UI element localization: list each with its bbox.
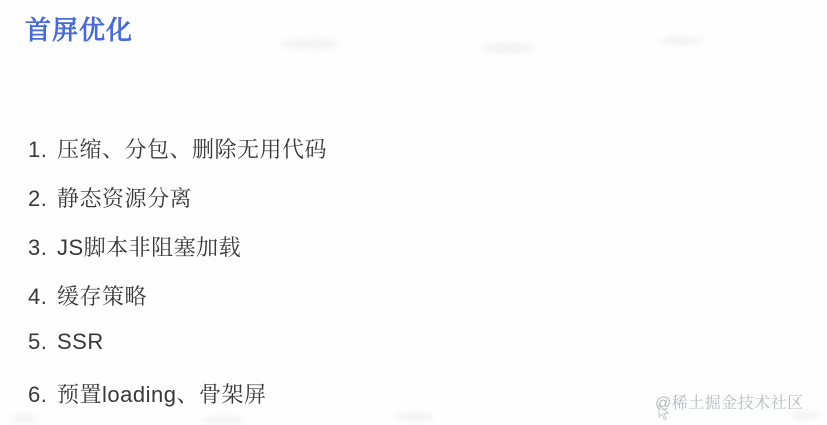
list-item-text: 缓存策略: [57, 280, 147, 311]
list-item: 5. SSR: [28, 329, 327, 378]
list-item-number: 6.: [28, 382, 57, 408]
smudge-decoration: [395, 412, 435, 422]
list-item-text: 静态资源分离: [57, 182, 192, 213]
slide: 首屏优化 1. 压缩、分包、删除无用代码 2. 静态资源分离 3. JS脚本非阻…: [0, 0, 827, 425]
list-item: 1. 压缩、分包、删除无用代码: [28, 133, 327, 182]
optimization-list: 1. 压缩、分包、删除无用代码 2. 静态资源分离 3. JS脚本非阻塞加载 4…: [28, 133, 327, 425]
watermark: @稀土掘金技术社区: [655, 390, 804, 413]
list-item-number: 4.: [28, 284, 57, 310]
list-item: 4. 缓存策略: [28, 280, 327, 329]
list-item-text: SSR: [57, 329, 104, 355]
smudge-decoration: [480, 42, 535, 54]
smudge-decoration: [660, 36, 705, 46]
list-item-number: 1.: [28, 137, 57, 163]
list-item-number: 2.: [28, 186, 57, 212]
watermark-text: @稀土掘金技术社区: [655, 395, 804, 412]
list-item: 2. 静态资源分离: [28, 182, 327, 231]
list-item: 3. JS脚本非阻塞加载: [28, 231, 327, 280]
list-item-text: JS脚本非阻塞加载: [57, 231, 241, 262]
mouse-cursor-icon: [658, 404, 670, 421]
list-item-text: 预置loading、骨架屏: [57, 378, 266, 409]
list-item-text: 压缩、分包、删除无用代码: [57, 133, 327, 164]
page-title: 首屏优化: [25, 10, 133, 47]
smudge-decoration: [280, 38, 340, 50]
list-item-number: 3.: [28, 235, 57, 261]
list-item: 6. 预置loading、骨架屏: [28, 378, 327, 425]
list-item-number: 5.: [28, 329, 57, 355]
